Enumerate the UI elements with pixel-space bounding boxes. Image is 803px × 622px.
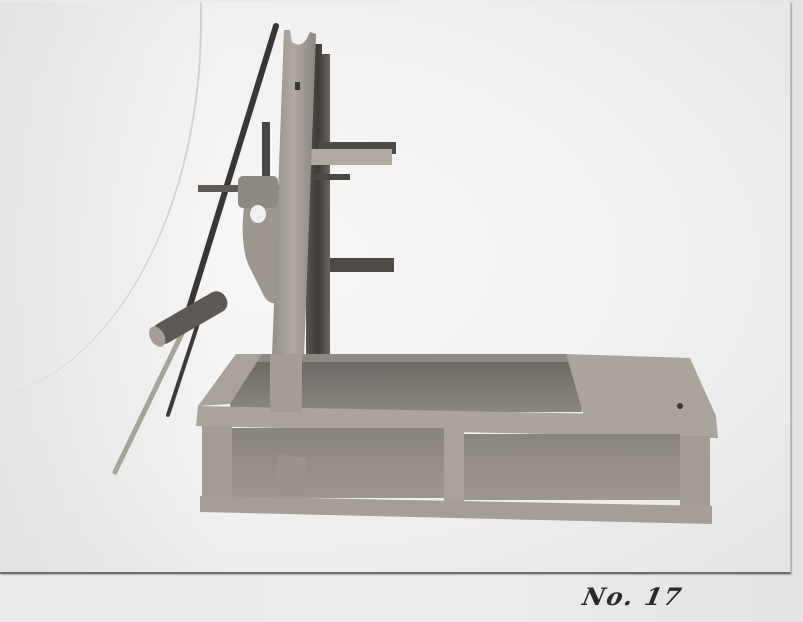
model-photo: [0, 2, 790, 572]
handwritten-caption: No. 17: [580, 582, 686, 611]
photograph-print: [0, 2, 791, 574]
lower-crossbar: [330, 258, 394, 272]
mounting-card: No. 17: [0, 0, 803, 622]
